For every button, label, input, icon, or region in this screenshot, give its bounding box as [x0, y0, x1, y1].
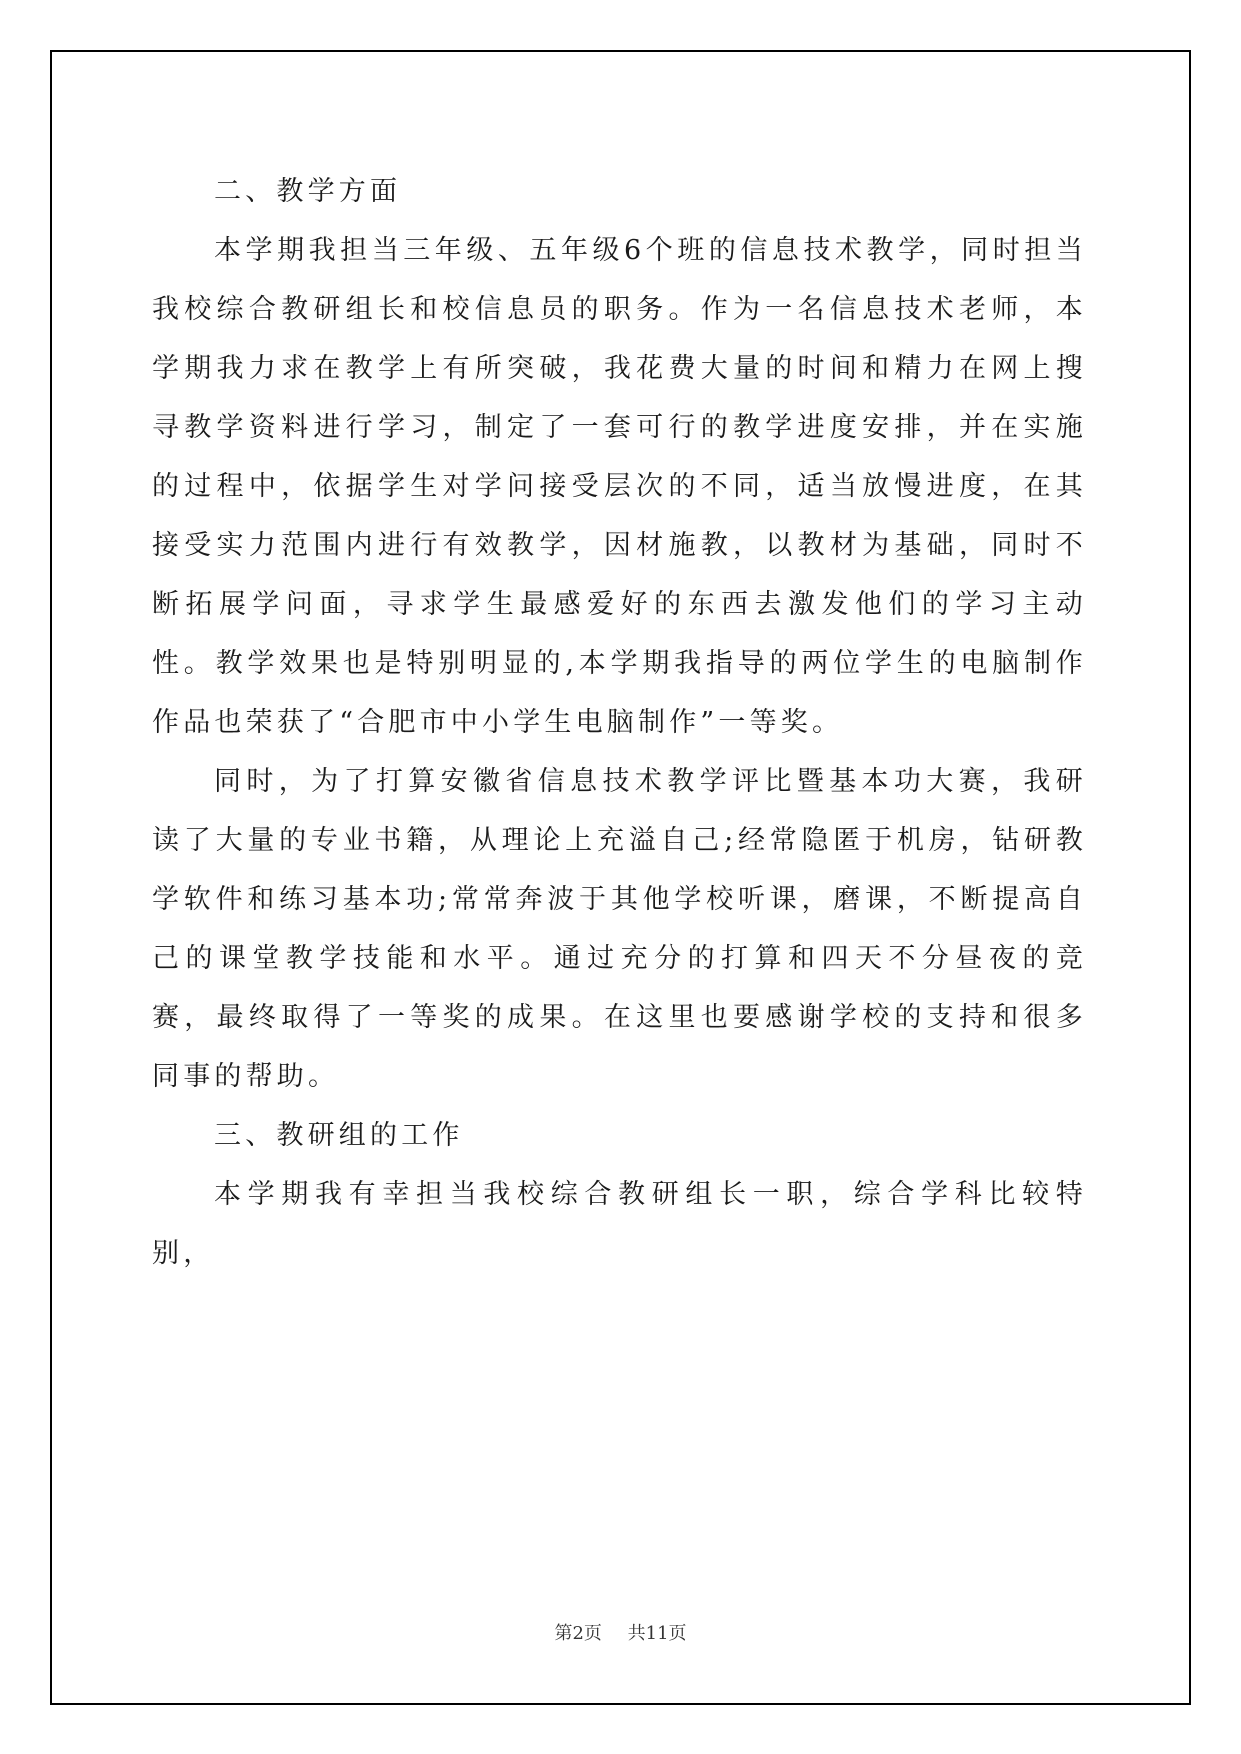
- paragraph-research-group: 本学期我有幸担当我校综合教研组长一职，综合学科比较特别，: [152, 1165, 1087, 1283]
- page-number: 第2页: [554, 1623, 601, 1644]
- section-heading-research-group: 三、教研组的工作: [152, 1106, 1087, 1165]
- paragraph-teaching-overview: 本学期我担当三年级、五年级6个班的信息技术教学，同时担当我校综合教研组长和校信息…: [152, 221, 1087, 752]
- paragraph-competition: 同时，为了打算安徽省信息技术教学评比暨基本功大赛，我研读了大量的专业书籍，从理论…: [152, 752, 1087, 1106]
- page-footer: 第2页 共11页: [0, 1619, 1241, 1645]
- section-heading-teaching: 二、教学方面: [152, 162, 1087, 221]
- page-total: 共11页: [628, 1623, 687, 1644]
- document-body: 二、教学方面 本学期我担当三年级、五年级6个班的信息技术教学，同时担当我校综合教…: [152, 162, 1087, 1283]
